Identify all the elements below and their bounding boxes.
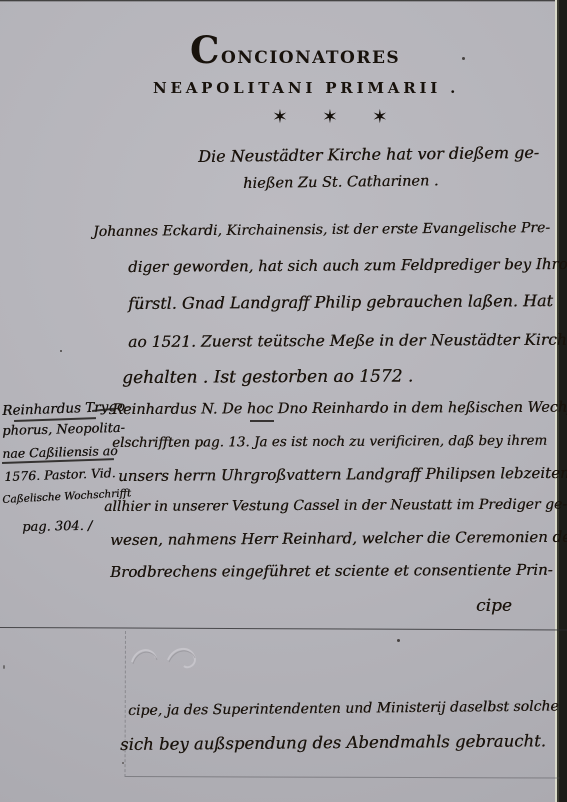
underline-mark [250,420,274,422]
ink-speck [122,762,124,764]
page-subtitle: NEAPOLITANI PRIMARII . [153,79,459,97]
reinhardus-line-6: Brodbrechens eingeführet et sciente et c… [110,561,553,581]
margin-line-6: pag. 304. / [22,519,92,535]
margin-line-4: 1576. Pastor. Vid. [4,465,116,484]
fold-line [0,627,567,630]
reinhardus-line-1: Reinhardus N. De hoc Dno Reinhardo in de… [112,400,567,418]
intro-line-1: Die Neustädter Kirche hat vor dießem ge- [198,143,539,166]
reinhardus-line-7-catchword: cipe [476,596,512,616]
reinhardus-line-4: allhier in unserer Vestung Cassel in der… [104,497,567,515]
eckardi-line-1: Johannes Eckardi, Kirchainensis, ist der… [93,220,550,240]
intro-line-2: hießen Zu St. Catharinen . [243,173,439,192]
embossed-squiggle [128,640,238,680]
ink-speck [3,665,5,669]
star-ornament-icon: ✶ ✶ ✶ [272,106,402,128]
ink-speck [462,57,465,60]
reinhardus-line-3: unsers herrn Uhrgroßvattern Landgraff Ph… [118,464,567,485]
page-title: Concionatores [190,38,400,69]
eckardi-line-5: gehalten . Ist gestorben ao 1572 . [122,366,413,388]
reinhardus-line-2: elschrifften pag. 13. Ja es ist noch zu … [112,433,547,451]
ink-speck [60,350,62,352]
ink-speck [397,639,400,642]
photo-edge-top [0,0,567,2]
eckardi-line-2: diger geworden, hat sich auch zum Feldpr… [128,255,567,276]
reinhardus-line-5: wesen, nahmens Herr Reinhard, welcher di… [110,528,567,549]
margin-line-2: phorus, Neopolita- [2,421,125,439]
slip-line-2: sich bey außspendung des Abendmahls gebr… [120,731,546,754]
eckardi-line-4: ao 1521. Zuerst teütsche Meße in der Neu… [128,331,567,351]
manuscript-page: Concionatores NEAPOLITANI PRIMARII . ✶ ✶… [0,0,567,802]
eckardi-line-3: fürstl. Gnad Landgraff Philip gebrauchen… [128,291,553,313]
